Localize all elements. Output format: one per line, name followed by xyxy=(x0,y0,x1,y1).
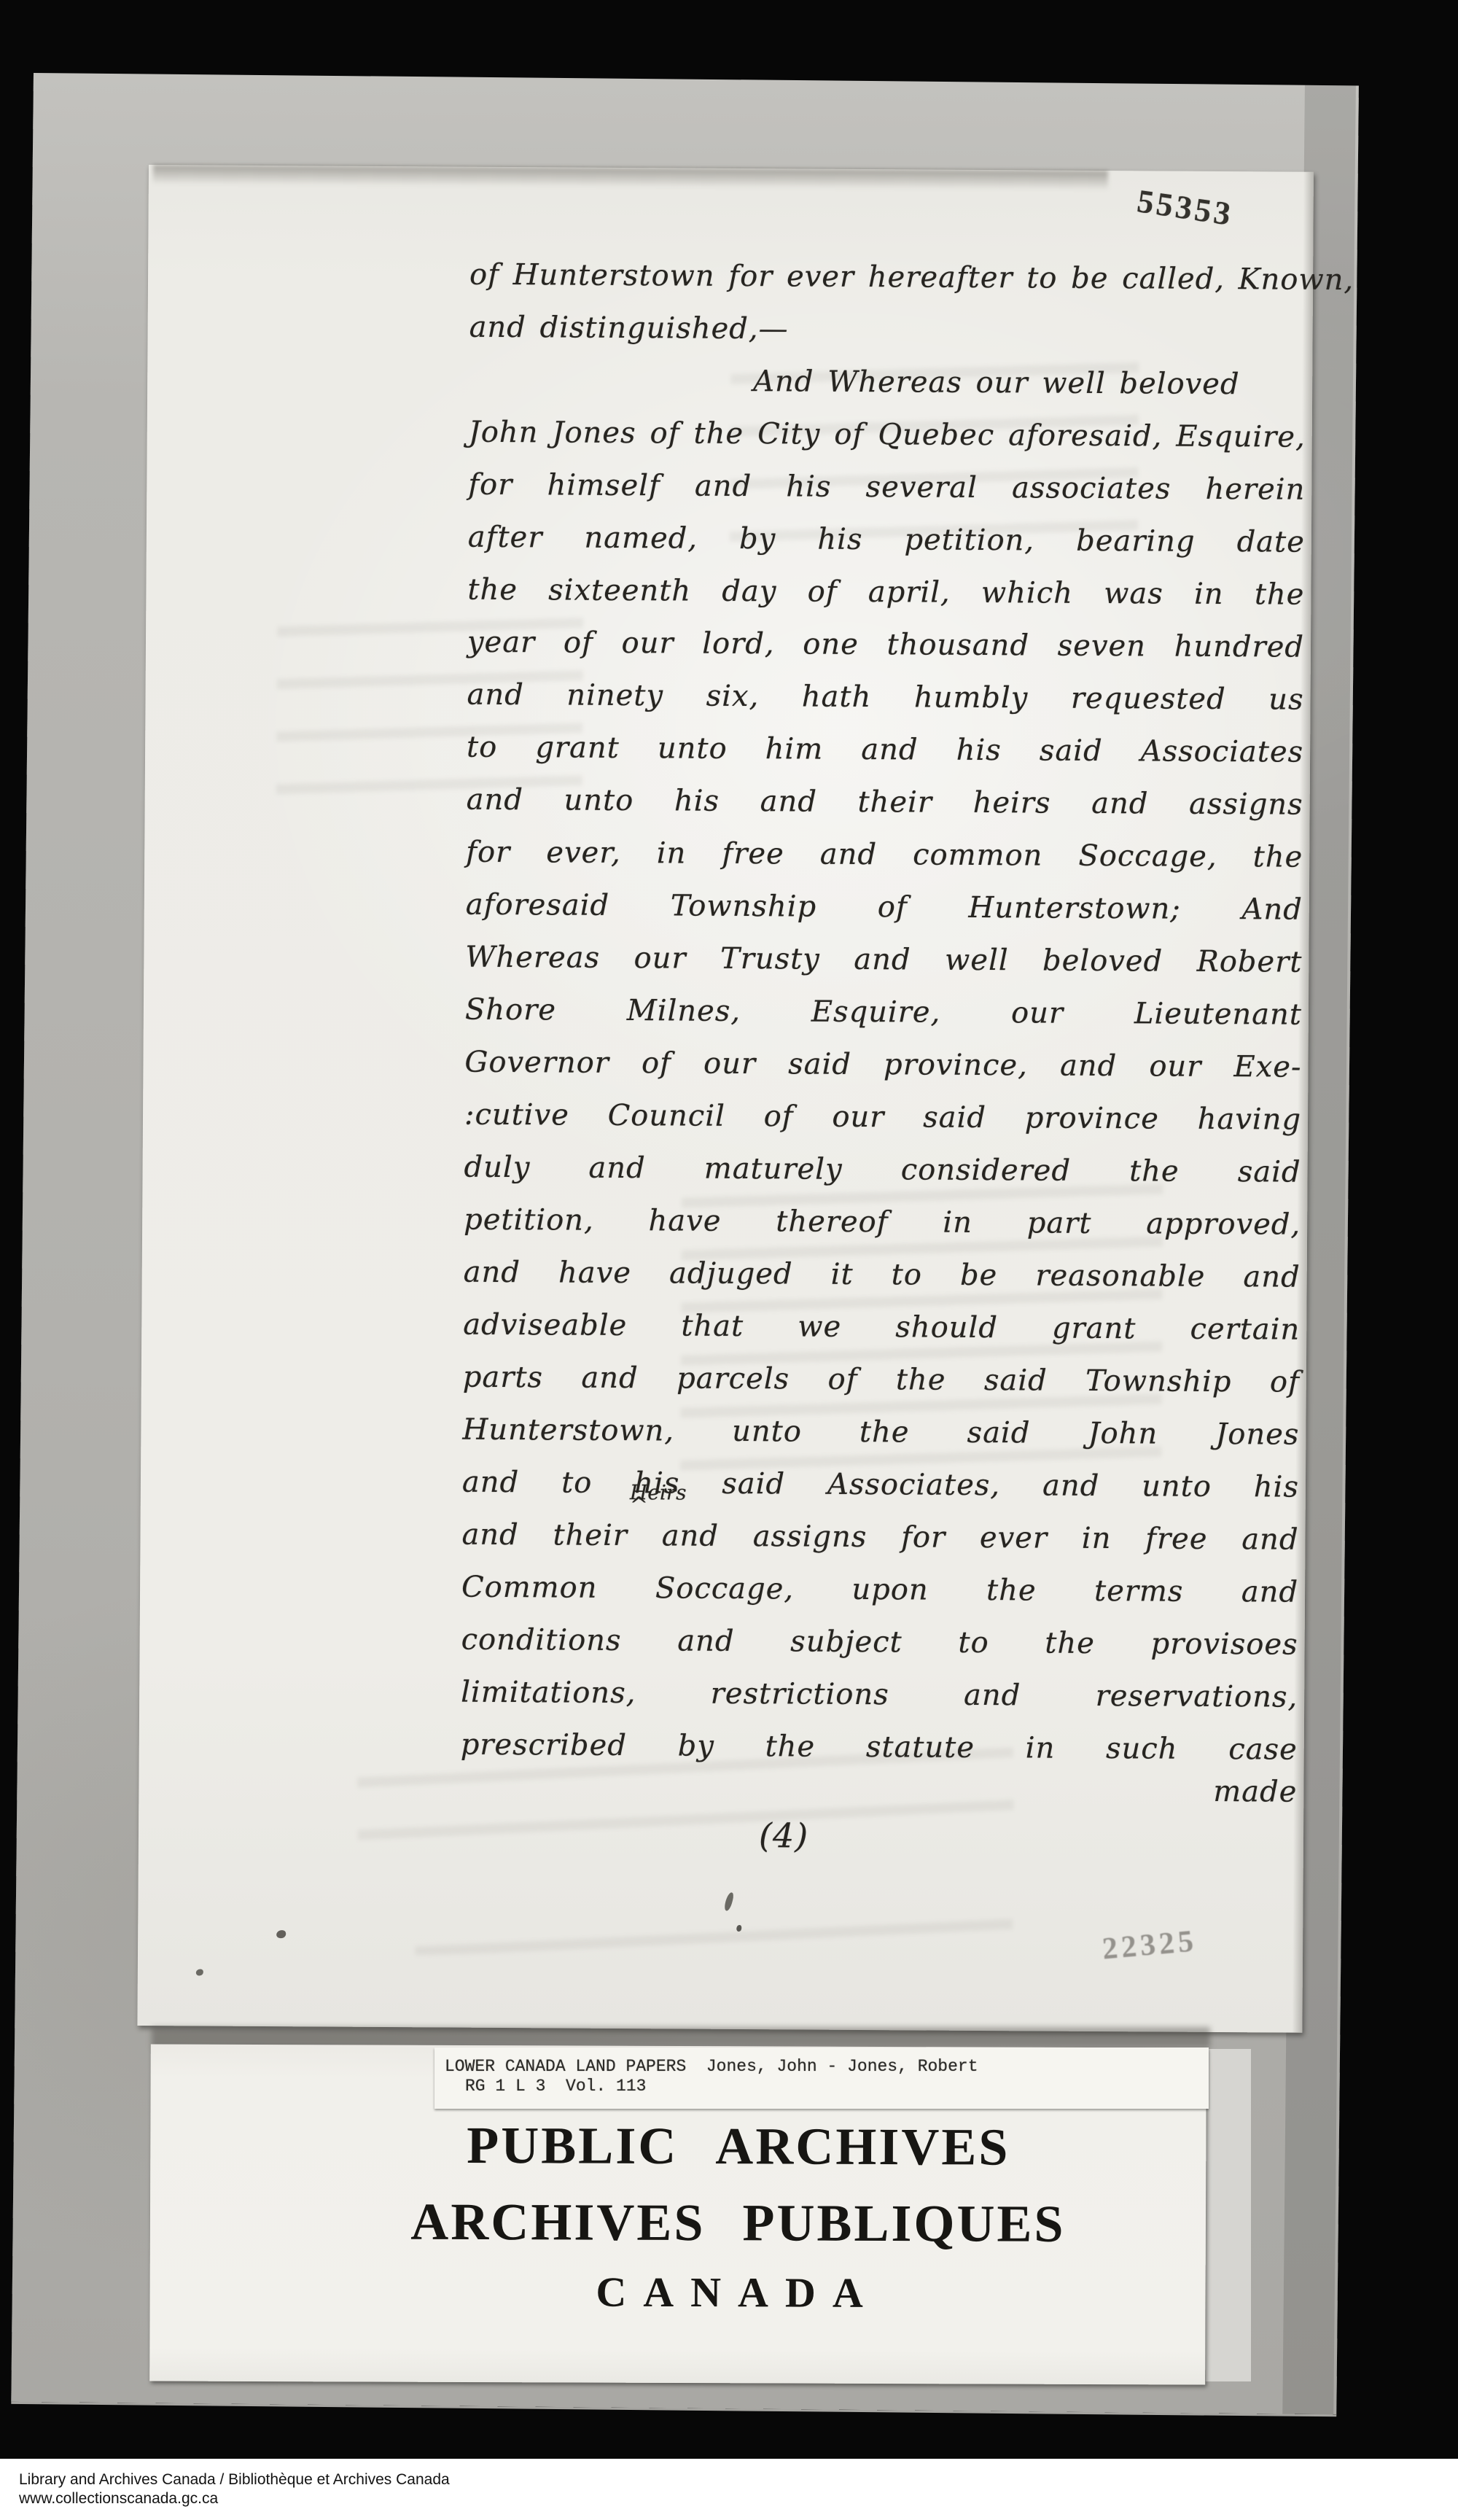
label-line-2: RG 1 L 3 Vol. 113 xyxy=(434,2077,1209,2096)
manuscript-line: Shore Milnes, Esquire, our Lieutenant xyxy=(465,984,1302,1041)
manuscript-line: Governor of our said province, and our E… xyxy=(464,1036,1301,1094)
manuscript-line-text: and their and assigns for ever in free a… xyxy=(461,1518,1298,1557)
manuscript-line: aforesaid Township of Hunterstown; And xyxy=(466,879,1303,936)
manuscript-line: limitations, restrictions and reservatio… xyxy=(461,1666,1298,1724)
manuscript-line: Common Soccage, upon the terms and xyxy=(461,1561,1298,1619)
manuscript-line: of Hunterstown for ever hereafter to be … xyxy=(469,249,1306,306)
manuscript-line: John Jones of the City of Quebec aforesa… xyxy=(469,406,1306,464)
manuscript-line: and ninety six, hath humbly requested us xyxy=(467,669,1303,726)
manuscript-line: conditions and subject to the provisoes xyxy=(461,1614,1298,1671)
scan-background: 55353 of Hunterstown for ever hereafter … xyxy=(0,0,1458,2520)
manuscript-line: adviseable that we should grant certain xyxy=(463,1299,1300,1356)
manuscript-line: parts and parcels of the said Township o… xyxy=(463,1351,1300,1409)
manuscript-line: year of our lord, one thousand seven hun… xyxy=(467,616,1304,674)
footer-institution: Library and Archives Canada / Bibliothèq… xyxy=(0,2459,1458,2489)
manuscript-line: And Whereas our well beloved xyxy=(469,354,1306,411)
manuscript-line: Hunterstown, unto the said John Jones xyxy=(462,1404,1299,1461)
manuscript-line: Whereas our Trusty and well beloved Robe… xyxy=(465,931,1302,989)
manuscript-line: duly and maturely considered the said xyxy=(464,1141,1301,1199)
public-archives-line-canada: CANADA xyxy=(270,2266,1206,2318)
card-edge xyxy=(1206,2049,1251,2381)
page-number: (4) xyxy=(460,1808,1297,1865)
manuscript-line: petition, have thereof in part approved, xyxy=(464,1194,1301,1251)
insertion-word: Heirs ^ xyxy=(630,1483,687,1515)
manuscript-line: prescribed by the statute in such case xyxy=(461,1719,1298,1776)
manuscript-line: the sixteenth day of april, which was in… xyxy=(467,564,1304,621)
footer: Library and Archives Canada / Bibliothèq… xyxy=(0,2459,1458,2520)
manuscript-line-with-insertion: and their and assigns for ever in free a… xyxy=(461,1509,1298,1566)
typed-label: LOWER CANADA LAND PAPERS Jones, John - J… xyxy=(434,2047,1209,2109)
ink-bleed xyxy=(415,1916,1013,1955)
manuscript-line: to grant unto him and his said Associate… xyxy=(467,721,1303,779)
public-archives-line-en: PUBLIC ARCHIVES xyxy=(270,2115,1206,2178)
manuscript-line: after named, by his petition, bearing da… xyxy=(468,511,1305,569)
manuscript-line: :cutive Council of our said province hav… xyxy=(464,1089,1301,1146)
manuscript-line: and unto his and their heirs and assigns xyxy=(466,774,1303,831)
manuscript-line: and have adjuged it to be reasonable and xyxy=(464,1246,1301,1304)
registration-number-stamp: 55353 xyxy=(1135,182,1236,233)
manuscript-line: and distinguished,— xyxy=(469,301,1306,359)
manuscript-page: 55353 of Hunterstown for ever hereafter … xyxy=(137,165,1314,2033)
ink-speck xyxy=(723,1891,734,1911)
label-line-1: LOWER CANADA LAND PAPERS Jones, John - J… xyxy=(434,2057,1209,2077)
manuscript-line: for himself and his several associates h… xyxy=(468,459,1305,516)
manuscript-line: for ever, in free and common Soccage, th… xyxy=(466,826,1303,884)
handwritten-text: of Hunterstown for ever hereafter to be … xyxy=(460,249,1306,1865)
ink-speck xyxy=(196,1969,203,1975)
footer-url: www.collectionscanada.gc.ca xyxy=(0,2489,1458,2508)
ink-speck xyxy=(276,1930,286,1938)
manuscript-line: and to his said Associates, and unto his xyxy=(462,1456,1299,1514)
public-archives-line-fr: ARCHIVES PUBLIQUES xyxy=(270,2191,1206,2255)
